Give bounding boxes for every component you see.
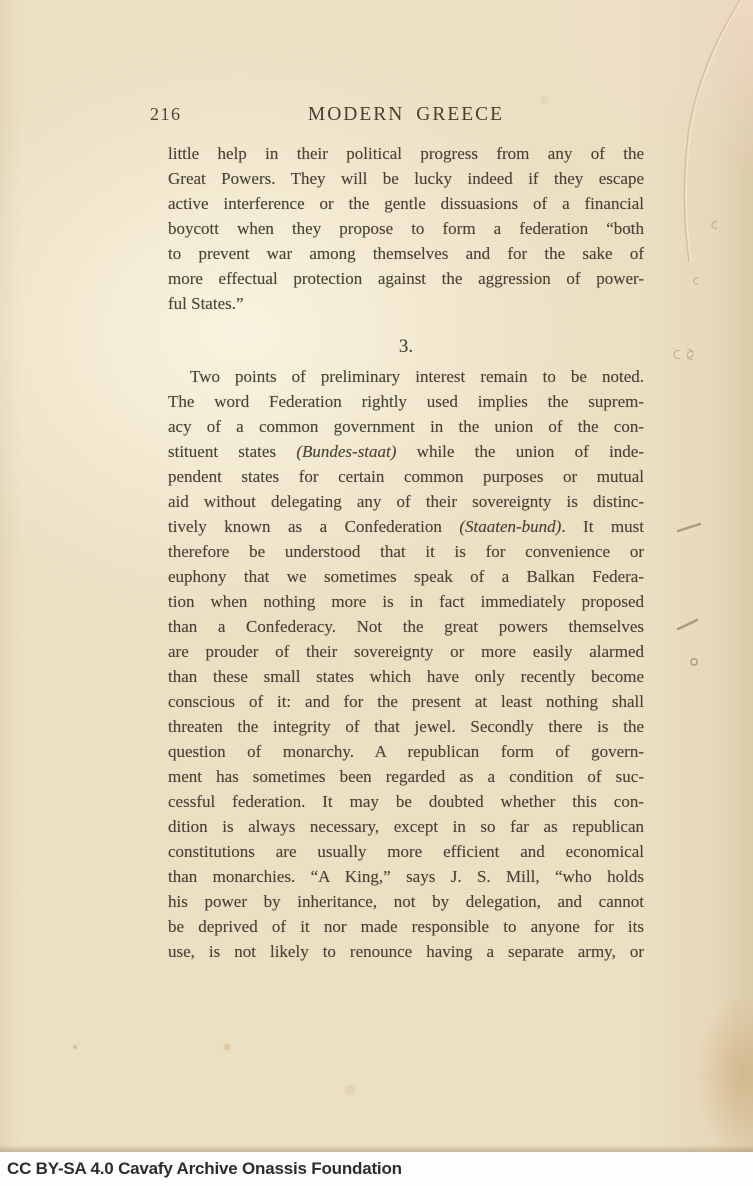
margin-ink-ring [691, 659, 697, 665]
text-line: tion when nothing more is in fact immedi… [168, 589, 644, 614]
text-line: dition is always necessary, except in so… [168, 814, 644, 839]
section-heading: 3. [168, 336, 644, 358]
text-line: are prouder of their sovereignty or more… [168, 639, 644, 664]
text-line: more effectual protection against the ag… [168, 266, 644, 291]
text-line: ful States.” [168, 291, 644, 316]
page-bottom-shadow [0, 1145, 753, 1152]
text-line: threaten the integrity of that jewel. Se… [168, 714, 644, 739]
text-line: ment has sometimes been regarded as a co… [168, 764, 644, 789]
text-line: be deprived of it nor made responsible t… [168, 914, 644, 939]
opening-paragraph: little help in their political progress … [168, 141, 644, 316]
margin-pen-dash-1 [678, 524, 700, 531]
stain-dot-2 [345, 1085, 356, 1096]
text-line: than these small states which have only … [168, 664, 644, 689]
text-line: pendent states for certain common purpos… [168, 464, 644, 489]
license-attribution-text: CC BY-SA 4.0 Cavafy Archive Onassis Foun… [7, 1159, 402, 1179]
text-line: question of monarchy. A republican form … [168, 739, 644, 764]
text-line: little help in their political progress … [168, 141, 644, 166]
text-line: aid without delegating any of their sove… [168, 489, 644, 514]
paper-crease-tear [684, 0, 741, 262]
stain-speck [73, 1045, 77, 1049]
text-line: cessful federation. It may be doubted wh… [168, 789, 644, 814]
stain-dot-1 [224, 1044, 231, 1051]
text-line: constitutions are usually more efficient… [168, 839, 644, 864]
text-line: euphony that we sometimes speak of a Bal… [168, 564, 644, 589]
main-paragraph: Two points of preliminary interest remai… [168, 364, 644, 964]
scanned-book-page: 216 MODERN GREECE little help in their p… [0, 0, 753, 1186]
paper-crease-highlight [686, 0, 743, 262]
text-line: Great Powers. They will be lucky indeed … [168, 166, 644, 191]
margin-mark-parens [674, 350, 693, 360]
text-line: tively known as a Confederation (Staaten… [168, 514, 644, 539]
stain-dot-3 [541, 96, 549, 104]
margin-mark-c2 [712, 222, 717, 229]
text-line: conscious of it: and for the present at … [168, 689, 644, 714]
text-line: Two points of preliminary interest remai… [168, 364, 644, 389]
text-line: his power by inheritance, not by delegat… [168, 889, 644, 914]
margin-pen-dash-2 [678, 620, 697, 629]
text-line: therefore be understood that it is for c… [168, 539, 644, 564]
text-line: to prevent war among themselves and for … [168, 241, 644, 266]
text-line: active interference or the gentle dissua… [168, 191, 644, 216]
text-line: use, is not likely to renounce having a … [168, 939, 644, 964]
text-line: than a Confederacy. Not the great powers… [168, 614, 644, 639]
text-line: stituent states (Bundes-staat) while the… [168, 439, 644, 464]
margin-mark-c3 [694, 278, 698, 284]
text-line: acy of a common government in the union … [168, 414, 644, 439]
text-line: The word Federation rightly used implies… [168, 389, 644, 414]
text-line: than monarchies. “A King,” says J. S. Mi… [168, 864, 644, 889]
attribution-bar: CC BY-SA 4.0 Cavafy Archive Onassis Foun… [0, 1152, 753, 1186]
running-title: MODERN GREECE [168, 104, 644, 126]
text-line: boycott when they propose to form a fede… [168, 216, 644, 241]
